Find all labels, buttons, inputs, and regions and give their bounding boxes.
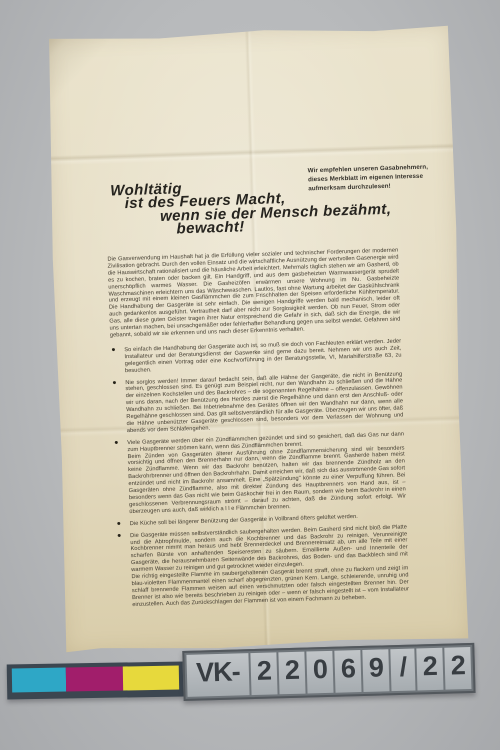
bullet-dot-icon: ●	[112, 380, 116, 387]
list-item-text: Nie sorglos werden! Immer darauf bedacht…	[125, 371, 403, 434]
list-item-text: Die Küche soll bei längerer Benützung de…	[130, 514, 358, 527]
bullet-dot-icon: ●	[117, 533, 121, 540]
list-item-text: So einfach die Handhabung der Gasgeräte …	[124, 338, 401, 373]
label-tile: 9	[362, 649, 389, 692]
label-tile: 2	[416, 648, 443, 691]
list-item: ● Nie sorglos werden! Immer darauf bedac…	[111, 371, 404, 435]
body-text: Die Gasverwendung im Haushalt hat ja die…	[107, 248, 409, 610]
label-tile: 2	[444, 647, 471, 690]
intro-paragraph: Die Gasverwendung im Haushalt hat ja die…	[107, 248, 400, 340]
bullet-dot-icon: ●	[117, 521, 121, 528]
magenta-patch	[66, 667, 123, 692]
artifact-photo-background: Wir empfehlen unseren Gasabnehmern, dies…	[0, 0, 500, 750]
inventory-number-label: VK- 2 2 0 6 9 / 2 2	[182, 643, 475, 701]
label-tile: /	[390, 649, 415, 692]
bullet-dot-icon: ●	[114, 440, 118, 447]
color-calibration-strip	[7, 661, 185, 699]
list-item-text: Die Gasgeräte müssen selbstverständlich …	[130, 524, 408, 573]
label-tile: 0	[306, 651, 333, 694]
label-tile: VK-	[186, 653, 249, 697]
headline: Wohltätig ist des Feuers Macht, wenn sie…	[110, 176, 392, 238]
bullet-dot-icon: ●	[111, 347, 115, 354]
yellow-patch	[123, 666, 179, 691]
list-item-continuation: Beim Zünden von Gasgeräten älterer Ausfü…	[114, 445, 407, 516]
list-item: ● So einfach die Handhabung der Gasgerät…	[110, 338, 402, 375]
cyan-patch	[12, 668, 66, 693]
label-tile: 2	[278, 652, 305, 695]
label-tile: 6	[334, 650, 361, 693]
leaflet-paper: Wir empfehlen unseren Gasabnehmern, dies…	[45, 24, 469, 654]
label-tile: 2	[250, 652, 277, 695]
list-item-text: Beim Zünden von Gasgeräten älterer Ausfü…	[128, 445, 407, 515]
